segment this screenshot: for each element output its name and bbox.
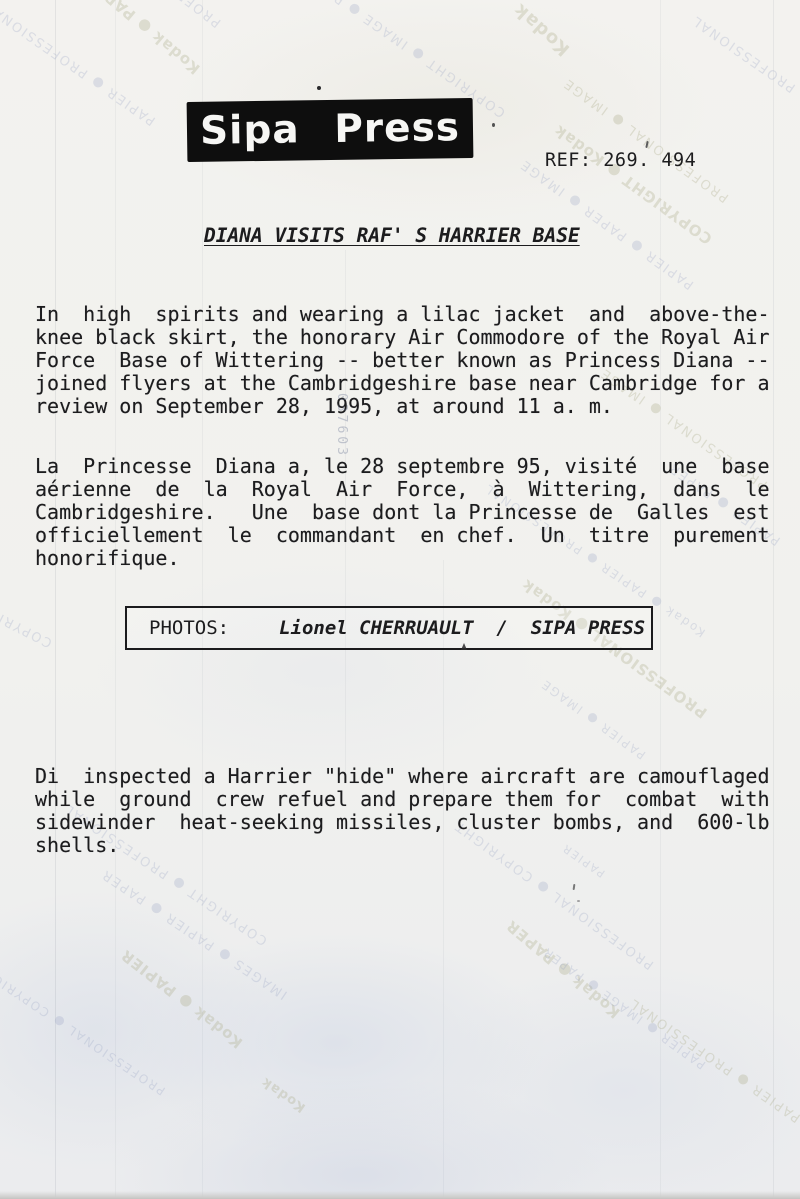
photo-credit-box: PHOTOS: Lionel CHERRUAULT / SIPA PRESS <box>125 606 653 650</box>
scan-speck <box>317 86 321 90</box>
paragraph-english: In high spirits and wearing a lilac jack… <box>35 303 770 418</box>
kodak-watermark: COPYRIGHT ● PAPIER <box>0 557 55 650</box>
scan-speck <box>492 123 495 127</box>
headline: DIANA VISITS RAF' S HARRIER BASE <box>204 224 580 247</box>
fold-line <box>443 560 444 1199</box>
paragraph-harrier: Di inspected a Harrier "hide" where airc… <box>35 765 770 857</box>
fold-line <box>773 0 774 1199</box>
scanned-press-release: PROFESSIONAL ● COPYRIGHT Kodak ● PAPIER … <box>0 0 800 1199</box>
fold-line <box>115 0 116 1199</box>
kodak-watermark: PAPIER ● IMAGE <box>538 676 648 762</box>
kodak-watermark: Kodak <box>509 0 574 60</box>
scan-speck <box>573 884 576 890</box>
kodak-watermark: PAPIER ● IMAGE ● PAPER <box>540 944 709 1072</box>
logo-text: Sipa Press <box>200 108 461 153</box>
paragraph-french: La Princesse Diana a, le 28 septembre 95… <box>35 455 770 570</box>
page-edge-shadow <box>0 1191 800 1199</box>
photos-label: PHOTOS: <box>149 617 229 639</box>
reference-number: REF: 269. 494 <box>545 150 696 171</box>
photo-credit-text: Lionel CHERRUAULT / SIPA PRESS <box>279 617 645 639</box>
sipa-press-logo: Sipa Press <box>187 98 474 162</box>
scan-speck <box>577 900 580 902</box>
kodak-watermark: Kodak <box>259 1074 309 1115</box>
vertical-number-stamp: 037603 <box>334 393 349 458</box>
kodak-watermark: PROFESSIONAL <box>689 12 799 95</box>
kodak-watermark: Kodak ● PAPIER <box>77 0 203 78</box>
